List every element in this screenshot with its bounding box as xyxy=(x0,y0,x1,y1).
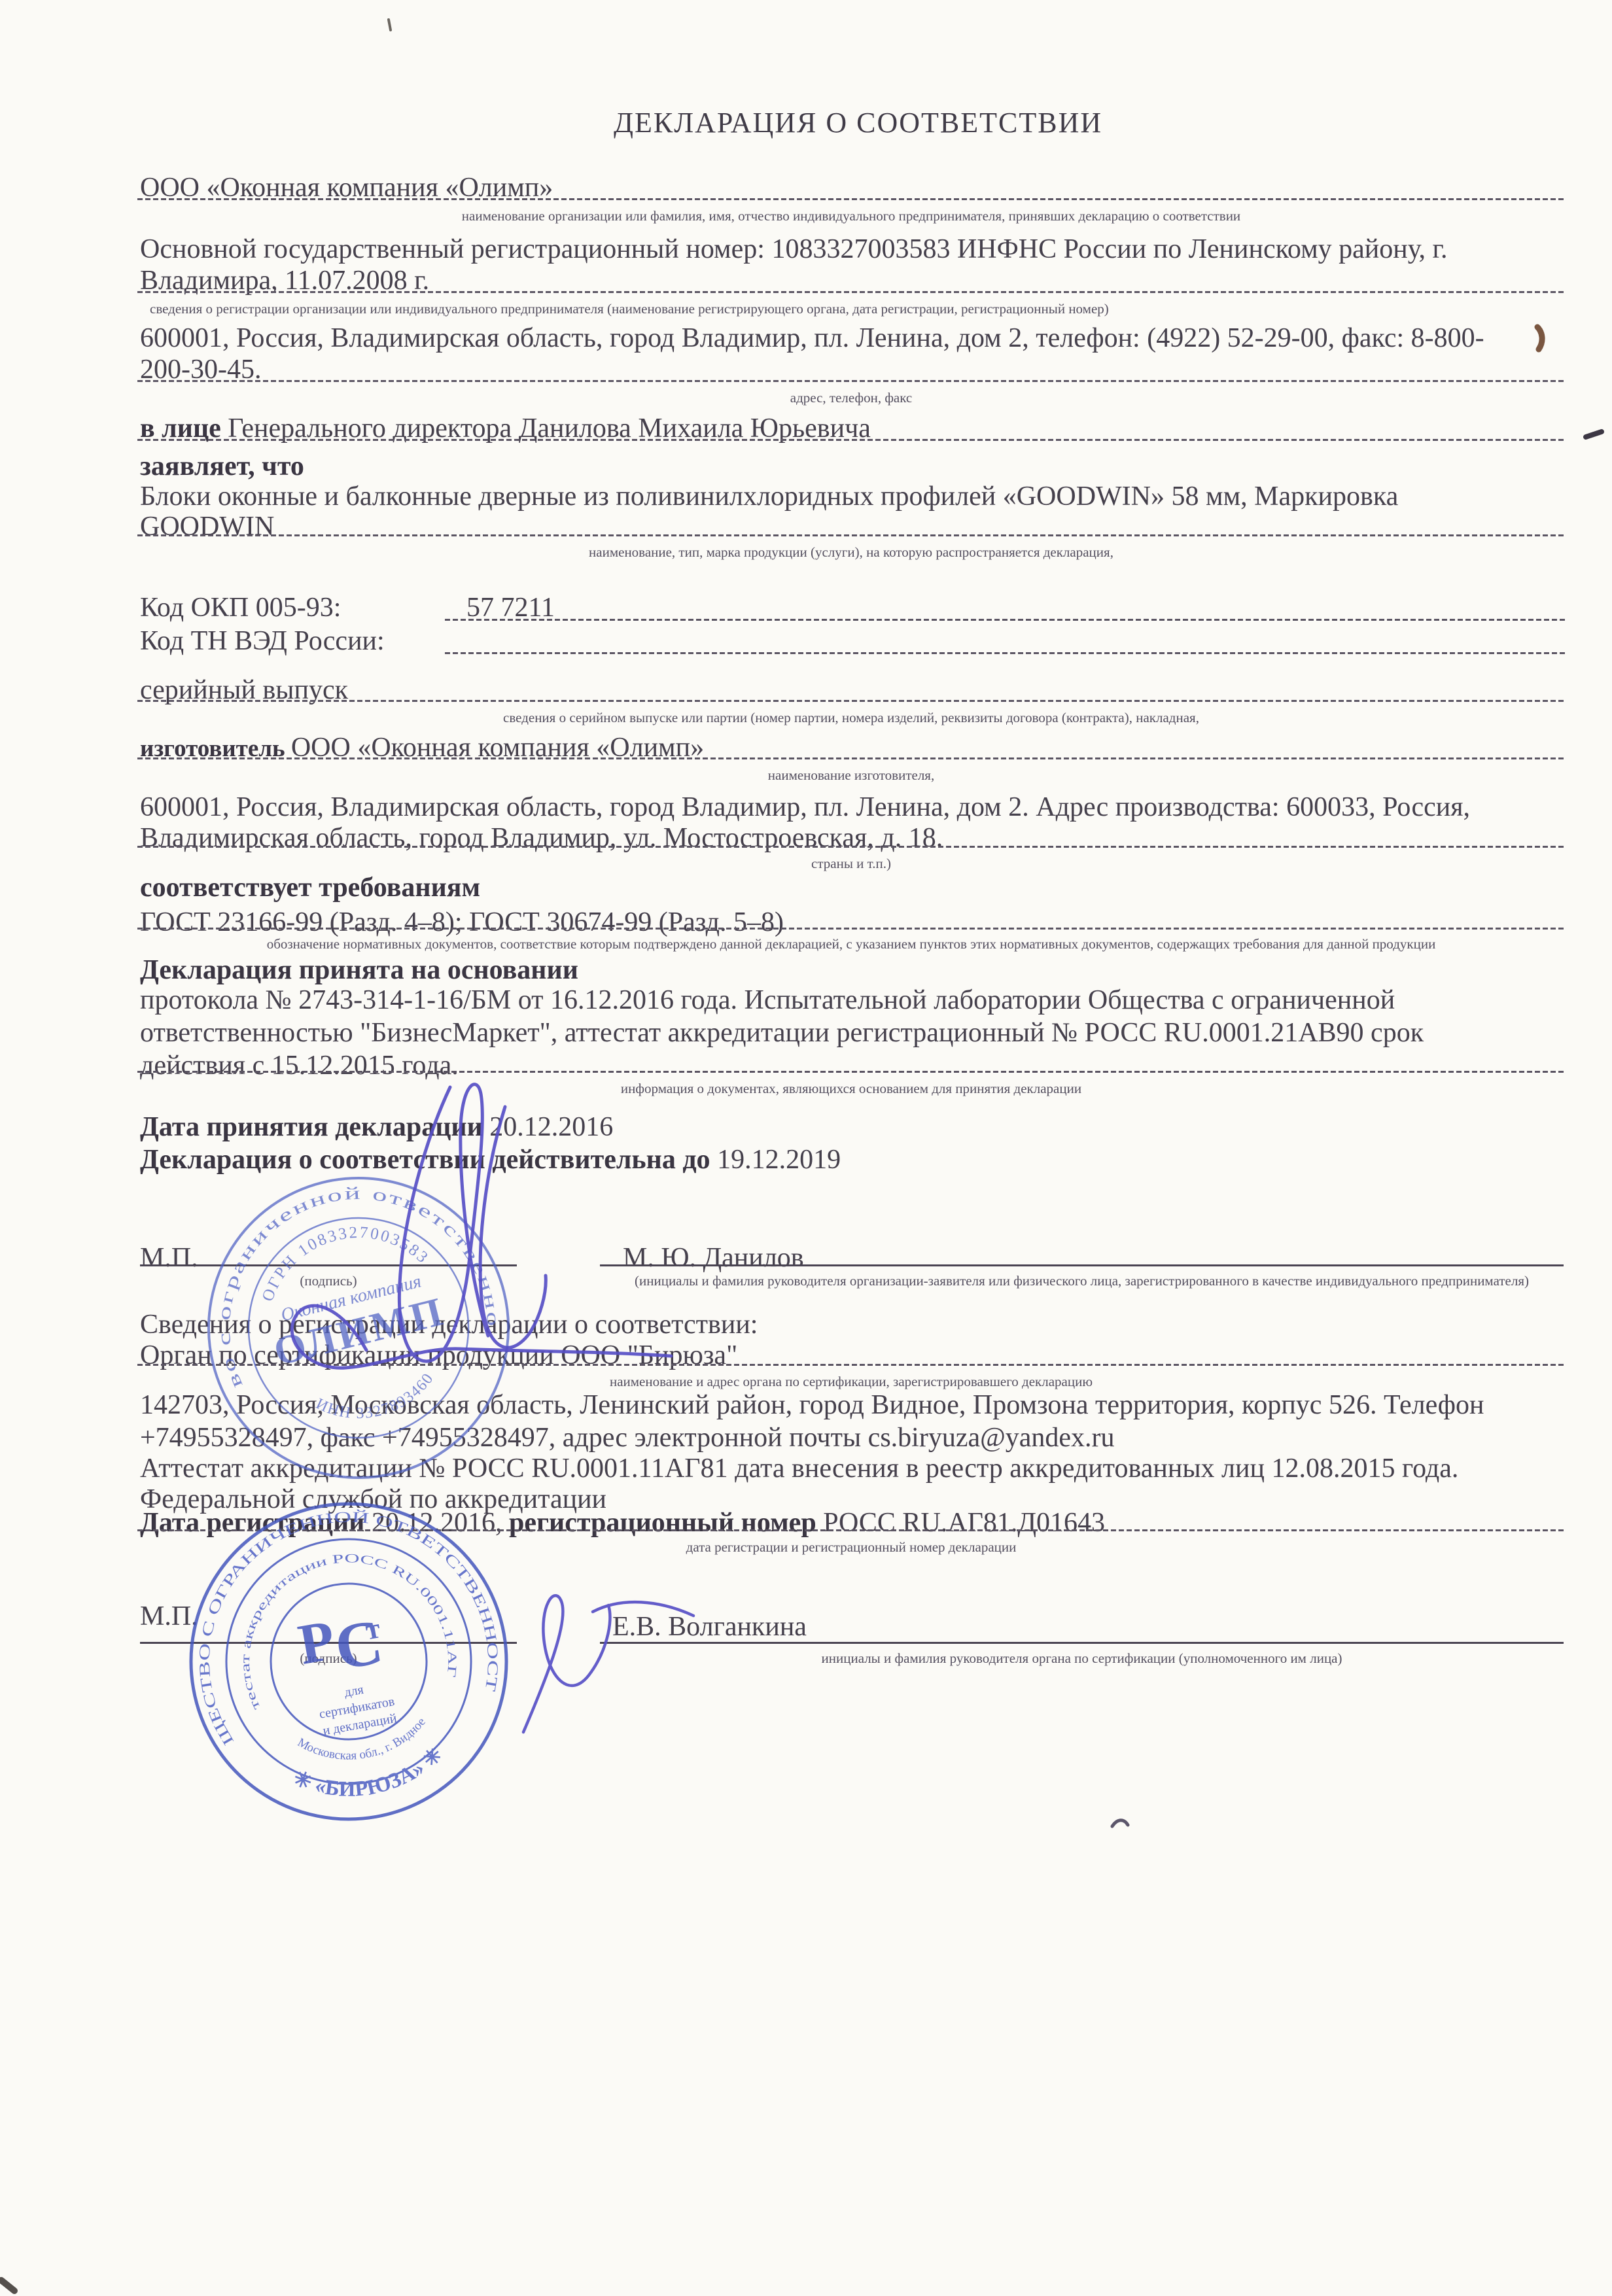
reg-date-label: Дата регистрации xyxy=(140,1508,372,1538)
tnved-label: Код ТН ВЭД России: xyxy=(140,625,385,657)
rule-certification-body xyxy=(137,1364,1565,1366)
basis-line1: протокола № 2743-314-1-16/БМ от 16.12.20… xyxy=(140,984,1395,1017)
body-address-line2: +74955328497, факс +74955328497, адрес э… xyxy=(140,1421,1115,1454)
caption-manufacturer: наименование изготовителя, xyxy=(137,767,1565,783)
product-line2: GOODWIN xyxy=(140,510,274,543)
manufacturer-address-line2: Владимирская область, город Владимир, ул… xyxy=(140,822,943,854)
stamp-biryuza-purpose-3: и деклараций xyxy=(322,1711,398,1739)
valid-until-label: Декларация о соответствии действительна … xyxy=(140,1145,717,1175)
ink-mark-comma xyxy=(1537,327,1542,349)
basis-line2: ответственностью "БизнесМаркет", аттеста… xyxy=(140,1017,1424,1049)
scanned-declaration-page: ДЕКЛАРАЦИЯ О СООТВЕТСТВИИ ООО «Оконная к… xyxy=(0,0,1612,2296)
stamp-olimp-ogrn-arc: ОГРН 1083327003583 xyxy=(247,1205,435,1307)
caption-certification-body: наименование и адрес органа по сертифика… xyxy=(137,1374,1565,1389)
rule-ogrn xyxy=(137,291,1565,293)
valid-until-value: 19.12.2019 xyxy=(717,1145,841,1175)
rule-okp xyxy=(445,619,1565,621)
caption-serial: сведения о серийном выпуске или партии (… xyxy=(137,710,1565,725)
caption-head-body: инициалы и фамилия руководителя органа п… xyxy=(600,1650,1564,1666)
reg-date-value: 20.12.2016, xyxy=(372,1508,509,1538)
okp-label: Код ОКП 005-93: xyxy=(140,591,341,624)
reg-number-label: регистрационный номер xyxy=(509,1508,823,1538)
reg-number-value: РОСС RU.АГ81.Д01643 xyxy=(823,1508,1105,1538)
signature-line-1-left xyxy=(140,1264,517,1266)
caption-sign-1: (подпись) xyxy=(140,1273,517,1289)
caption-declarant-name: наименование организации или фамилия, им… xyxy=(137,208,1565,224)
stamp-biryuza-purpose-2: сертификатов xyxy=(318,1694,396,1722)
basis-heading: Декларация принята на основании xyxy=(140,954,578,986)
ink-mark-dash xyxy=(1586,432,1602,437)
body-attestat: Аттестат аккредитации № РОСС RU.0001.11А… xyxy=(140,1452,1458,1485)
rule-standards xyxy=(137,928,1565,930)
declarant-ogrn-line1: Основной государственный регистрационный… xyxy=(140,233,1448,266)
rule-serial xyxy=(137,700,1565,702)
caption-sign-2: (подпись) xyxy=(140,1650,517,1666)
valid-until-line: Декларация о соответствии действительна … xyxy=(140,1143,841,1176)
caption-standards: обозначение нормативных документов, соот… xyxy=(137,936,1565,952)
basis-line3: действия с 15.12.2015 года. xyxy=(140,1049,459,1082)
stamp-place-2: М.П. xyxy=(140,1600,198,1633)
stamp-biryuza-attestat-arc: Аттестат аккредитации РОСС RU.0001.11АГ8… xyxy=(221,1535,463,1715)
rule-registration-date xyxy=(137,1529,1565,1531)
conformity-heading: соответствует требованиям xyxy=(140,871,480,904)
declarant-address-line1: 600001, Россия, Владимирская область, го… xyxy=(140,322,1484,355)
signature-line-2-right xyxy=(600,1642,1564,1644)
caption-basis: информация о документах, являющихся осно… xyxy=(137,1081,1565,1096)
body-address-line1: 142703, Россия, Московская область, Лени… xyxy=(140,1389,1484,1421)
rst-logo-c: С xyxy=(330,1607,387,1684)
registration-heading: Сведения о регистрации декларации о соот… xyxy=(140,1308,758,1341)
stamp-biryuza-name-arc: ✳ «БИРЮЗА» ✳ xyxy=(287,1741,452,1813)
rule-manufacturer-address xyxy=(137,846,1565,848)
stamp-biryuza-purpose-1: для xyxy=(343,1682,365,1700)
head-name-body: Е.В. Волганкина xyxy=(612,1610,807,1643)
adoption-date-value: 20.12.2016 xyxy=(489,1112,613,1142)
rule-in-person xyxy=(137,439,1565,441)
page-title: ДЕКЛАРАЦИЯ О СООТВЕТСТВИИ xyxy=(614,106,1102,139)
caption-product: наименование, тип, марка продукции (услу… xyxy=(137,544,1565,560)
caption-head-declarant: (инициалы и фамилия руководителя организ… xyxy=(600,1273,1564,1289)
rule-basis xyxy=(137,1071,1565,1073)
rule-manufacturer xyxy=(137,757,1565,759)
conformity-standards: ГОСТ 23166-99 (Разд. 4–8); ГОСТ 30674-99… xyxy=(140,906,784,939)
certification-body-name: Орган по сертификации продукции ООО "Бир… xyxy=(140,1339,737,1372)
adoption-date-line: Дата принятия декларации 20.12.2016 xyxy=(140,1111,613,1143)
stamp-biryuza-city-arc: Московская обл., г. Видное xyxy=(293,1714,432,1773)
caption-ogrn: сведения о регистрации организации или и… xyxy=(150,301,1109,317)
caption-registration-date: дата регистрации и регистрационный номер… xyxy=(137,1539,1565,1555)
rule-product xyxy=(137,534,1565,536)
product-line1: Блоки оконные и балконные дверные из пол… xyxy=(140,480,1398,513)
manufacturer-line: изготовитель ООО «Оконная компания «Олим… xyxy=(140,731,704,765)
svg-text:Аттестат аккредитации РОСС RU.: Аттестат аккредитации РОСС RU.0001.11АГ8… xyxy=(221,1535,463,1715)
caption-address: адрес, телефон, факс xyxy=(137,390,1565,406)
rst-logo: Р С т xyxy=(294,1601,388,1690)
signature-line-2-left xyxy=(140,1642,517,1644)
rule-tnved xyxy=(445,652,1565,654)
rule-address xyxy=(137,380,1565,382)
manufacturer-address-line1: 600001, Россия, Владимирская область, го… xyxy=(140,791,1470,824)
ink-mark-corner xyxy=(1,2280,14,2291)
adoption-date-label: Дата принятия декларации xyxy=(140,1112,489,1142)
rst-logo-t: т xyxy=(363,1612,383,1646)
svg-text:Московская обл., г. Видное: Московская обл., г. Видное xyxy=(293,1714,432,1773)
ink-mark-tick xyxy=(1112,1820,1128,1826)
svg-text:✳ «БИРЮЗА» ✳: ✳ «БИРЮЗА» ✳ xyxy=(287,1741,452,1813)
head-name-declarant: М. Ю. Данилов xyxy=(623,1242,804,1274)
declares-label: заявляет, что xyxy=(140,450,304,483)
signature-line-1-right xyxy=(600,1264,1564,1266)
svg-text:ОГРН 1083327003583: ОГРН 1083327003583 xyxy=(247,1205,435,1307)
caption-manufacturer-address: страны и т.п.) xyxy=(137,856,1565,871)
stamp-place-1: М.П. xyxy=(140,1242,198,1274)
rule-declarant-name xyxy=(137,198,1565,200)
ink-mark-speck-top xyxy=(389,20,391,30)
registration-date-line: Дата регистрации 20.12.2016, регистрацио… xyxy=(140,1506,1105,1539)
